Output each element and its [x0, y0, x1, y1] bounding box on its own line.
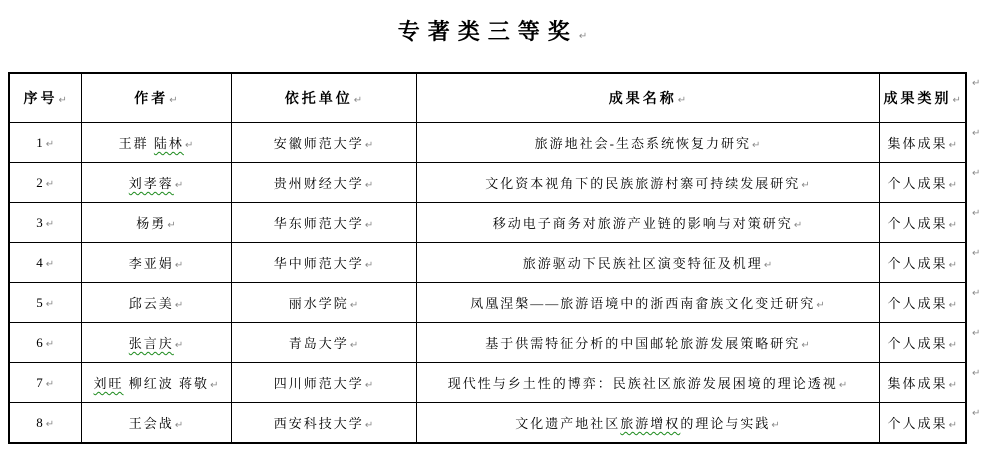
cell-text: 个人成果	[888, 256, 948, 271]
end-of-cell-mark-icon: ↵	[949, 220, 957, 231]
table-row: 7↵刘旺 柳红波 蒋敬↵四川师范大学↵现代性与乡土性的博弈：民族社区旅游发展困境…	[9, 363, 966, 403]
cell-title: 现代性与乡土性的博弈：民族社区旅游发展困境的理论透视↵	[416, 363, 879, 403]
end-of-cell-mark-icon: ↵	[175, 300, 183, 311]
end-of-cell-mark-icon: ↵	[175, 340, 183, 351]
table-row: 1↵王群 陆林↵安徽师范大学↵旅游地社会-生态系统恢复力研究↵集体成果↵	[9, 123, 966, 163]
cell-text: 青岛大学	[289, 336, 349, 351]
column-header-text: 序号	[24, 92, 58, 107]
end-of-row-mark-icon: ↵	[972, 78, 980, 89]
end-of-row-mark-icon: ↵	[972, 288, 980, 299]
cell-title: 文化资本视角下的民族旅游村寨可持续发展研究↵	[416, 163, 879, 203]
cell-text: 旅游地社会-生态系统恢复力研究	[535, 136, 751, 151]
end-of-cell-mark-icon: ↵	[175, 420, 183, 431]
end-of-cell-mark-icon: ↵	[752, 140, 760, 151]
table-row: 4↵李亚娟↵华中师范大学↵旅游驱动下民族社区演变特征及机理↵个人成果↵	[9, 243, 966, 283]
cell-text: 华中师范大学	[274, 256, 364, 271]
cell-index: 4↵	[9, 243, 81, 283]
cell-category: 个人成果↵	[879, 243, 966, 283]
cell-text: 张言庆	[129, 336, 174, 351]
cell-text: 4	[36, 255, 45, 270]
cell-title: 凤凰涅槃——旅游语境中的浙西南畲族文化变迁研究↵	[416, 283, 879, 323]
end-of-cell-mark-icon: ↵	[365, 220, 373, 231]
cell-authors: 张言庆↵	[81, 323, 231, 363]
cell-text: 移动电子商务对旅游产业链的影响与对策研究	[493, 216, 793, 231]
column-header-text: 依托单位	[285, 92, 353, 107]
end-of-cell-mark-icon: ↵	[169, 95, 177, 106]
end-of-cell-mark-icon: ↵	[365, 180, 373, 191]
end-of-cell-mark-icon: ↵	[365, 420, 373, 431]
column-header-text: 成果类别	[884, 92, 952, 107]
cell-index: 3↵	[9, 203, 81, 243]
cell-text: 王会战	[129, 416, 174, 431]
end-of-cell-mark-icon: ↵	[46, 139, 54, 150]
cell-text: 5	[36, 295, 45, 310]
end-of-cell-mark-icon: ↵	[350, 300, 358, 311]
cell-text: 个人成果	[888, 176, 948, 191]
table-row: 3↵杨勇↵华东师范大学↵移动电子商务对旅游产业链的影响与对策研究↵个人成果↵	[9, 203, 966, 243]
column-header-title: 成果名称↵	[416, 73, 879, 123]
cell-authors: 李亚娟↵	[81, 243, 231, 283]
cell-text: 8	[36, 415, 45, 430]
cell-text: 6	[36, 335, 45, 350]
cell-category: 个人成果↵	[879, 203, 966, 243]
cell-authors: 邱云美↵	[81, 283, 231, 323]
end-of-cell-mark-icon: ↵	[167, 220, 175, 231]
paragraph-mark-icon: ↵	[579, 31, 587, 42]
end-of-cell-mark-icon: ↵	[839, 380, 847, 391]
cell-authors: 王会战↵	[81, 403, 231, 444]
cell-text: 个人成果	[888, 216, 948, 231]
cell-text: 陆林	[154, 136, 184, 151]
table-row: 2↵刘孝蓉↵贵州财经大学↵文化资本视角下的民族旅游村寨可持续发展研究↵个人成果↵	[9, 163, 966, 203]
end-of-row-mark-icon: ↵	[972, 248, 980, 259]
cell-text: 个人成果	[888, 336, 948, 351]
end-of-cell-mark-icon: ↵	[949, 340, 957, 351]
awards-table-body: 1↵王群 陆林↵安徽师范大学↵旅游地社会-生态系统恢复力研究↵集体成果↵2↵刘孝…	[9, 123, 966, 444]
cell-institution: 安徽师范大学↵	[231, 123, 416, 163]
column-header-institution: 依托单位↵	[231, 73, 416, 123]
end-of-row-mark-icon: ↵	[972, 328, 980, 339]
cell-text: 文化资本视角下的民族旅游村寨可持续发展研究	[485, 176, 800, 191]
cell-title: 基于供需特征分析的中国邮轮旅游发展策略研究↵	[416, 323, 879, 363]
cell-text: 2	[36, 175, 45, 190]
end-of-cell-mark-icon: ↵	[953, 95, 961, 106]
cell-institution: 丽水学院↵	[231, 283, 416, 323]
awards-table: 序号↵ 作者↵ 依托单位↵ 成果名称↵ 成果类别↵ 1↵王群 陆林↵安徽师范大学…	[8, 72, 967, 444]
cell-title: 旅游驱动下民族社区演变特征及机理↵	[416, 243, 879, 283]
end-of-cell-mark-icon: ↵	[949, 420, 957, 431]
end-of-cell-mark-icon: ↵	[46, 219, 54, 230]
column-header-text: 作者	[134, 92, 168, 107]
column-header-text: 成果名称	[609, 92, 677, 107]
end-of-cell-mark-icon: ↵	[365, 260, 373, 271]
cell-text: 文化遗产地社区	[515, 416, 620, 431]
cell-institution: 青岛大学↵	[231, 323, 416, 363]
cell-text: 7	[36, 375, 45, 390]
column-header-author: 作者↵	[81, 73, 231, 123]
end-of-cell-mark-icon: ↵	[46, 339, 54, 350]
cell-text: 集体成果	[888, 376, 948, 391]
cell-text: 的理论与实践	[680, 416, 770, 431]
cell-text: 旅游驱动下民族社区演变特征及机理	[523, 256, 763, 271]
cell-text: 凤凰涅槃——旅游语境中的浙西南畲族文化变迁研究	[470, 296, 815, 311]
cell-authors: 刘孝蓉↵	[81, 163, 231, 203]
end-of-row-mark-icon: ↵	[972, 168, 980, 179]
table-row: 5↵邱云美↵丽水学院↵凤凰涅槃——旅游语境中的浙西南畲族文化变迁研究↵个人成果↵	[9, 283, 966, 323]
cell-authors: 杨勇↵	[81, 203, 231, 243]
column-header-category: 成果类别↵	[879, 73, 966, 123]
end-of-cell-mark-icon: ↵	[365, 380, 373, 391]
table-row: 8↵王会战↵西安科技大学↵文化遗产地社区旅游增权的理论与实践↵个人成果↵	[9, 403, 966, 444]
end-of-cell-mark-icon: ↵	[210, 380, 218, 391]
cell-text: 旅游增权	[620, 416, 680, 431]
end-of-cell-mark-icon: ↵	[350, 340, 358, 351]
end-of-cell-mark-icon: ↵	[46, 179, 54, 190]
cell-text: 个人成果	[888, 416, 948, 431]
cell-text: 刘孝蓉	[129, 176, 174, 191]
page-title: 专著类三等奖↵	[0, 0, 985, 46]
end-of-cell-mark-icon: ↵	[816, 300, 824, 311]
table-row: 6↵张言庆↵青岛大学↵基于供需特征分析的中国邮轮旅游发展策略研究↵个人成果↵	[9, 323, 966, 363]
end-of-cell-mark-icon: ↵	[46, 419, 54, 430]
cell-text: 个人成果	[888, 296, 948, 311]
end-of-row-mark-icon: ↵	[972, 208, 980, 219]
end-of-cell-mark-icon: ↵	[949, 380, 957, 391]
end-of-row-mark-icon: ↵	[972, 368, 980, 379]
cell-title: 移动电子商务对旅游产业链的影响与对策研究↵	[416, 203, 879, 243]
cell-category: 个人成果↵	[879, 163, 966, 203]
awards-table-header: 序号↵ 作者↵ 依托单位↵ 成果名称↵ 成果类别↵	[9, 73, 966, 123]
cell-institution: 西安科技大学↵	[231, 403, 416, 444]
cell-text: 刘旺	[94, 376, 124, 391]
cell-text: 四川师范大学	[274, 376, 364, 391]
page-title-text: 专著类三等奖	[398, 19, 578, 44]
column-header-index: 序号↵	[9, 73, 81, 123]
cell-category: 个人成果↵	[879, 283, 966, 323]
cell-category: 集体成果↵	[879, 363, 966, 403]
cell-index: 5↵	[9, 283, 81, 323]
cell-text: 李亚娟	[129, 256, 174, 271]
cell-text: 现代性与乡土性的博弈：民族社区旅游发展困境的理论透视	[448, 376, 838, 391]
cell-text: 华东师范大学	[274, 216, 364, 231]
end-of-cell-mark-icon: ↵	[949, 260, 957, 271]
end-of-cell-mark-icon: ↵	[678, 95, 686, 106]
end-of-row-mark-icon: ↵	[972, 128, 980, 139]
cell-institution: 四川师范大学↵	[231, 363, 416, 403]
cell-text: 西安科技大学	[274, 416, 364, 431]
end-of-cell-mark-icon: ↵	[46, 379, 54, 390]
cell-authors: 刘旺 柳红波 蒋敬↵	[81, 363, 231, 403]
cell-text: 贵州财经大学	[274, 176, 364, 191]
header-row: 序号↵ 作者↵ 依托单位↵ 成果名称↵ 成果类别↵	[9, 73, 966, 123]
end-of-cell-mark-icon: ↵	[59, 95, 67, 106]
end-of-cell-mark-icon: ↵	[771, 420, 779, 431]
cell-institution: 华东师范大学↵	[231, 203, 416, 243]
end-of-cell-mark-icon: ↵	[801, 340, 809, 351]
cell-index: 7↵	[9, 363, 81, 403]
cell-title: 旅游地社会-生态系统恢复力研究↵	[416, 123, 879, 163]
cell-text: 王群	[119, 136, 154, 151]
cell-text: 柳红波 蒋敬	[124, 376, 210, 391]
cell-text: 杨勇	[136, 216, 166, 231]
end-of-cell-mark-icon: ↵	[949, 140, 957, 151]
end-of-cell-mark-icon: ↵	[185, 140, 193, 151]
cell-category: 个人成果↵	[879, 323, 966, 363]
end-of-cell-mark-icon: ↵	[365, 140, 373, 151]
end-of-cell-mark-icon: ↵	[794, 220, 802, 231]
cell-index: 8↵	[9, 403, 81, 444]
cell-category: 个人成果↵	[879, 403, 966, 444]
end-of-cell-mark-icon: ↵	[354, 95, 362, 106]
cell-category: 集体成果↵	[879, 123, 966, 163]
cell-text: 安徽师范大学	[274, 136, 364, 151]
cell-text: 丽水学院	[289, 296, 349, 311]
cell-title: 文化遗产地社区旅游增权的理论与实践↵	[416, 403, 879, 444]
end-of-cell-mark-icon: ↵	[175, 180, 183, 191]
end-of-cell-mark-icon: ↵	[764, 260, 772, 271]
cell-institution: 贵州财经大学↵	[231, 163, 416, 203]
cell-authors: 王群 陆林↵	[81, 123, 231, 163]
end-of-cell-mark-icon: ↵	[46, 259, 54, 270]
cell-text: 集体成果	[888, 136, 948, 151]
cell-index: 1↵	[9, 123, 81, 163]
cell-text: 3	[36, 215, 45, 230]
cell-text: 邱云美	[129, 296, 174, 311]
cell-index: 2↵	[9, 163, 81, 203]
end-of-row-mark-icon: ↵	[972, 408, 980, 419]
cell-text: 1	[36, 135, 45, 150]
cell-text: 基于供需特征分析的中国邮轮旅游发展策略研究	[485, 336, 800, 351]
cell-index: 6↵	[9, 323, 81, 363]
end-of-cell-mark-icon: ↵	[46, 299, 54, 310]
end-of-cell-mark-icon: ↵	[801, 180, 809, 191]
end-of-cell-mark-icon: ↵	[949, 180, 957, 191]
end-of-cell-mark-icon: ↵	[175, 260, 183, 271]
cell-institution: 华中师范大学↵	[231, 243, 416, 283]
end-of-cell-mark-icon: ↵	[949, 300, 957, 311]
